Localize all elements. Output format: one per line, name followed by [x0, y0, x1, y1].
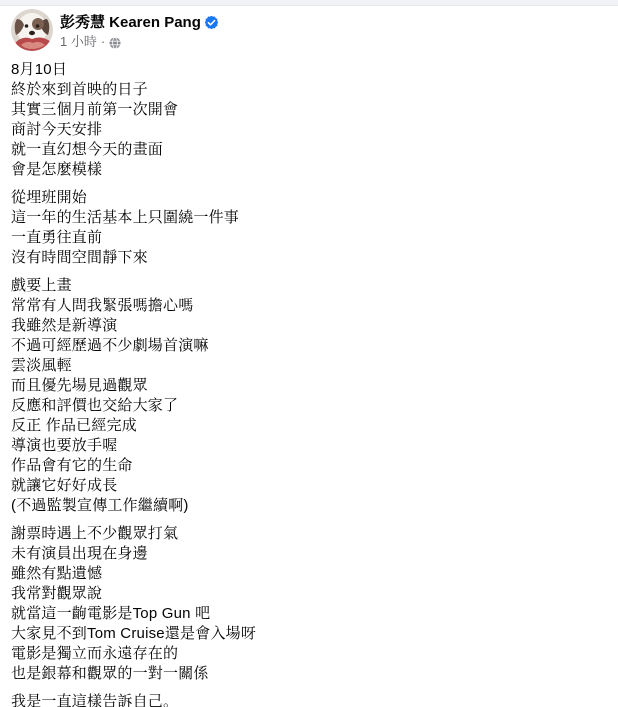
post-meta-row: 1 小時 ·	[60, 34, 218, 50]
post-line: 其實三個月前第一次開會	[11, 100, 602, 120]
facebook-post: 彭秀慧 Kearen Pang 1 小時 ·	[0, 0, 618, 707]
post-line: 也是銀幕和觀眾的一對一關係	[11, 664, 602, 684]
post-line: 戲要上畫	[11, 276, 602, 296]
post-line: 就讓它好好成長	[11, 476, 602, 496]
verified-checkmark-icon	[205, 16, 218, 29]
post-line: 反正 作品已經完成	[11, 416, 602, 436]
author-row: 彭秀慧 Kearen Pang	[60, 13, 218, 32]
post-line: 電影是獨立而永遠存在的	[11, 644, 602, 664]
post-line: 終於來到首映的日子	[11, 80, 602, 100]
post-line: 導演也要放手喔	[11, 436, 602, 456]
post-line: 不過可經歷過不少劇場首演嘛	[11, 336, 602, 356]
post-line: 大家見不到Tom Cruise還是會入場呀	[11, 624, 602, 644]
post-line: 常常有人問我緊張嗎擔心嗎	[11, 296, 602, 316]
author-name-link[interactable]: 彭秀慧 Kearen Pang	[60, 13, 201, 32]
post-line: 這一年的生活基本上只圍繞一件事	[11, 208, 602, 228]
post-header: 彭秀慧 Kearen Pang 1 小時 ·	[0, 6, 618, 51]
avatar[interactable]	[11, 9, 53, 51]
header-text: 彭秀慧 Kearen Pang 1 小時 ·	[60, 9, 218, 50]
post-line: 謝票時遇上不少觀眾打氣	[11, 524, 602, 544]
post-paragraph: 8月10日終於來到首映的日子其實三個月前第一次開會商討今天安排就一直幻想今天的畫…	[11, 60, 602, 180]
timestamp-link[interactable]: 1 小時	[60, 34, 97, 50]
public-globe-icon	[109, 37, 121, 49]
post-line: 雖然有點遺憾	[11, 564, 602, 584]
meta-separator: ·	[101, 34, 105, 50]
post-line: 雲淡風輕	[11, 356, 602, 376]
post-line: 商討今天安排	[11, 120, 602, 140]
post-body-text: 8月10日終於來到首映的日子其實三個月前第一次開會商討今天安排就一直幻想今天的畫…	[0, 51, 618, 707]
post-line: 從埋班開始	[11, 188, 602, 208]
post-line: 8月10日	[11, 60, 602, 80]
post-line: 一直勇往直前	[11, 228, 602, 248]
post-paragraph: 我是一直這樣告訴自己。	[11, 692, 602, 707]
post-line: 我常對觀眾說	[11, 584, 602, 604]
post-line: 會是怎麼模樣	[11, 160, 602, 180]
post-line: 而且優先場見過觀眾	[11, 376, 602, 396]
post-line: 我雖然是新導演	[11, 316, 602, 336]
post-line: 就當這一齣電影是Top Gun 吧	[11, 604, 602, 624]
post-paragraph: 戲要上畫常常有人問我緊張嗎擔心嗎我雖然是新導演不過可經歷過不少劇場首演嘛雲淡風輕…	[11, 276, 602, 516]
post-line: (不過監製宣傳工作繼續啊)	[11, 496, 602, 516]
post-line: 反應和評價也交給大家了	[11, 396, 602, 416]
avatar-dog-photo	[11, 9, 53, 51]
post-paragraph: 謝票時遇上不少觀眾打氣未有演員出現在身邊雖然有點遺憾我常對觀眾說就當這一齣電影是…	[11, 524, 602, 684]
post-line: 我是一直這樣告訴自己。	[11, 692, 602, 707]
post-line: 作品會有它的生命	[11, 456, 602, 476]
post-paragraph: 從埋班開始這一年的生活基本上只圍繞一件事一直勇往直前沒有時間空間靜下來	[11, 188, 602, 268]
post-line: 沒有時間空間靜下來	[11, 248, 602, 268]
post-line: 未有演員出現在身邊	[11, 544, 602, 564]
post-line: 就一直幻想今天的畫面	[11, 140, 602, 160]
